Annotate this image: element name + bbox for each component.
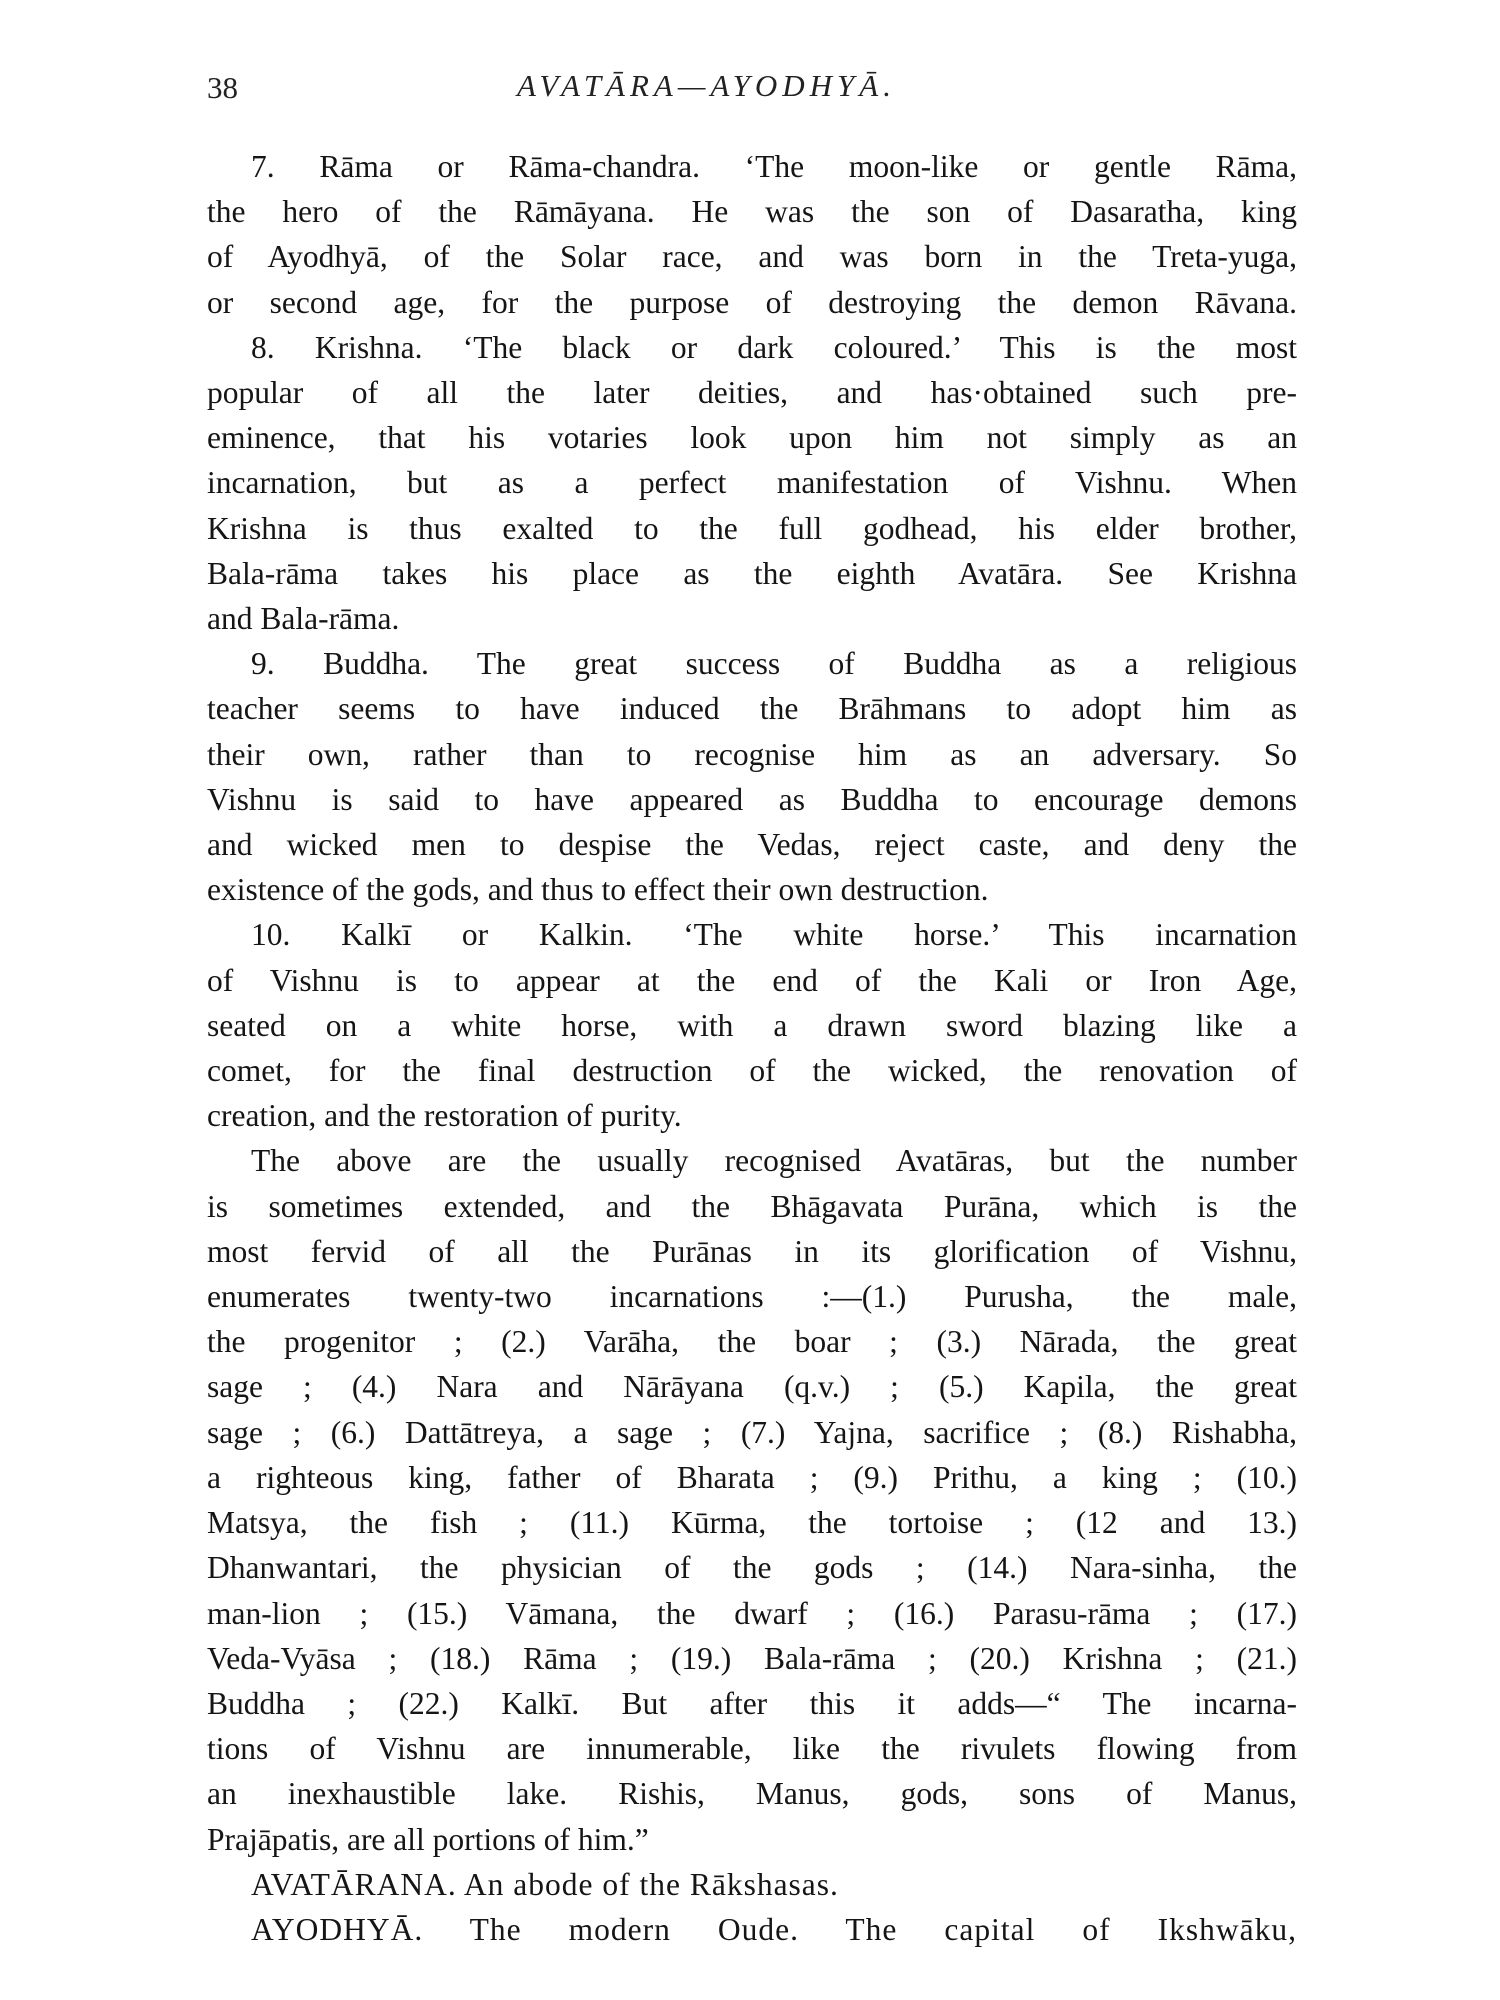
page-number: 38 xyxy=(207,70,238,106)
text-line: tions of Vishnu are innumerable, like th… xyxy=(207,1726,1297,1771)
entry-rama: 7. Rāma or Rāma-chandra. ‘The moon-like … xyxy=(207,144,1297,325)
entry-summary: The above are the usually recognised Ava… xyxy=(207,1138,1297,1861)
text-line: creation, and the restoration of purity. xyxy=(207,1093,1297,1138)
text-line: seated on a white horse, with a drawn sw… xyxy=(207,1003,1297,1048)
text-line: existence of the gods, and thus to effec… xyxy=(207,867,1297,912)
text-line: 7. Rāma or Rāma-chandra. ‘The moon-like … xyxy=(207,144,1297,189)
text-line: Veda-Vyāsa ; (18.) Rāma ; (19.) Bala-rām… xyxy=(207,1636,1297,1681)
text-line: of Ayodhyā, of the Solar race, and was b… xyxy=(207,234,1297,279)
text-line: The above are the usually recognised Ava… xyxy=(207,1138,1297,1183)
text-line: an inexhaustible lake. Rishis, Manus, go… xyxy=(207,1771,1297,1816)
text-line: 10. Kalkī or Kalkin. ‘The white horse.’ … xyxy=(207,912,1297,957)
page-body: 7. Rāma or Rāma-chandra. ‘The moon-like … xyxy=(207,144,1297,1952)
text-line: eminence, that his votaries look upon hi… xyxy=(207,415,1297,460)
text-line: and wicked men to despise the Vedas, rej… xyxy=(207,822,1297,867)
text-line: Matsya, the fish ; (11.) Kūrma, the tort… xyxy=(207,1500,1297,1545)
text-line: AYODHYĀ. The modern Oude. The capital of… xyxy=(207,1907,1297,1952)
text-line: comet, for the final destruction of the … xyxy=(207,1048,1297,1093)
text-line: their own, rather than to recognise him … xyxy=(207,732,1297,777)
text-line: a righteous king, father of Bharata ; (9… xyxy=(207,1455,1297,1500)
text-line: man-lion ; (15.) Vāmana, the dwarf ; (16… xyxy=(207,1591,1297,1636)
text-line: Prajāpatis, are all portions of him.” xyxy=(207,1817,1297,1862)
entry-buddha: 9. Buddha. The great success of Buddha a… xyxy=(207,641,1297,912)
text-line: the hero of the Rāmāyana. He was the son… xyxy=(207,189,1297,234)
page-header: 38 AVATĀRA—AYODHYĀ. xyxy=(207,62,1297,122)
text-line: the progenitor ; (2.) Varāha, the boar ;… xyxy=(207,1319,1297,1364)
text-line: 9. Buddha. The great success of Buddha a… xyxy=(207,641,1297,686)
text-line: and Bala-rāma. xyxy=(207,596,1297,641)
text-line: most fervid of all the Purānas in its gl… xyxy=(207,1229,1297,1274)
entry-avatarana: AVATĀRANA. An abode of the Rākshasas. xyxy=(207,1862,1297,1907)
text-line: of Vishnu is to appear at the end of the… xyxy=(207,958,1297,1003)
text-line: 8. Krishna. ‘The black or dark coloured.… xyxy=(207,325,1297,370)
text-line: Krishna is thus exalted to the full godh… xyxy=(207,506,1297,551)
text-line: incarnation, but as a perfect manifestat… xyxy=(207,460,1297,505)
text-line: or second age, for the purpose of destro… xyxy=(207,280,1297,325)
text-line: enumerates twenty-two incarnations :—(1.… xyxy=(207,1274,1297,1319)
text-line: Vishnu is said to have appeared as Buddh… xyxy=(207,777,1297,822)
text-line: is sometimes extended, and the Bhāgavata… xyxy=(207,1184,1297,1229)
text-line: popular of all the later deities, and ha… xyxy=(207,370,1297,415)
text-line: teacher seems to have induced the Brāhma… xyxy=(207,686,1297,731)
running-head: AVATĀRA—AYODHYĀ. xyxy=(517,68,896,104)
text-line: sage ; (4.) Nara and Nārāyana (q.v.) ; (… xyxy=(207,1364,1297,1409)
text-line: Bala-rāma takes his place as the eighth … xyxy=(207,551,1297,596)
text-line: Buddha ; (22.) Kalkī. But after this it … xyxy=(207,1681,1297,1726)
text-line: Dhanwantari, the physician of the gods ;… xyxy=(207,1545,1297,1590)
text-line: AVATĀRANA. An abode of the Rākshasas. xyxy=(207,1862,1297,1907)
book-page: 38 AVATĀRA—AYODHYĀ. 7. Rāma or Rāma-chan… xyxy=(207,62,1297,1952)
entry-krishna: 8. Krishna. ‘The black or dark coloured.… xyxy=(207,325,1297,641)
entry-ayodhya: AYODHYĀ. The modern Oude. The capital of… xyxy=(207,1907,1297,1952)
text-line: sage ; (6.) Dattātreya, a sage ; (7.) Ya… xyxy=(207,1410,1297,1455)
entry-kalki: 10. Kalkī or Kalkin. ‘The white horse.’ … xyxy=(207,912,1297,1138)
